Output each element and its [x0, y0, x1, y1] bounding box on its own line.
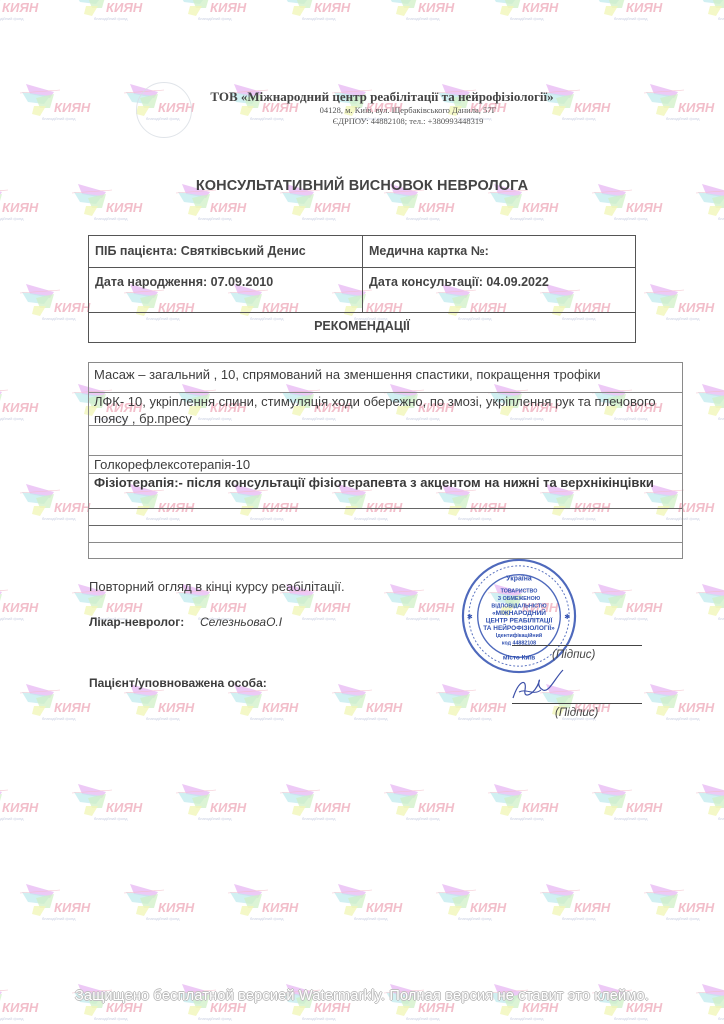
table-divider	[89, 525, 682, 526]
svg-text:«МІЖНАРОДНИЙ: «МІЖНАРОДНИЙ	[492, 608, 546, 617]
recommendation-physiotherapy: Фізіотерапія:- після консультації фізіот…	[94, 474, 676, 491]
medical-card-number: Медична картка №:	[369, 244, 489, 258]
recommendations-header: РЕКОМЕНДАЦІЇ	[89, 319, 635, 333]
recommendation-lfk: ЛФК- 10, укріплення спини, стимуляція хо…	[94, 393, 676, 427]
svg-text:ТОВАРИСТВО: ТОВАРИСТВО	[501, 588, 538, 594]
svg-text:✱: ✱	[467, 613, 473, 621]
consultation-date: Дата консультації: 04.09.2022	[369, 275, 549, 289]
doctor-label: Лікар-невролог:	[89, 615, 184, 629]
patient-signature-caption: (Підпис)	[555, 707, 598, 719]
recommendation-massage: Масаж – загальний , 10, спрямований на з…	[94, 366, 676, 383]
svg-text:З ОБМЕЖЕНОЮ: З ОБМЕЖЕНОЮ	[498, 596, 541, 602]
doctor-signature-line	[512, 645, 642, 646]
patient-info-table: ПІБ пацієнта: Святківський Денис Медична…	[88, 235, 636, 343]
patient-signature-label: Пацієнт/уповноважена особа:	[89, 676, 267, 690]
followup-note: Повторний огляд в кінці курсу реабілітац…	[89, 579, 345, 594]
svg-text:ВІДПОВІДАЛЬНІСТЮ: ВІДПОВІДАЛЬНІСТЮ	[491, 603, 547, 609]
doctor-name: СелезньоваО.І	[200, 615, 282, 629]
table-divider	[362, 236, 363, 313]
watermarkly-notice: Защищено бесплатной версией Watermarkly.…	[0, 988, 724, 1004]
handwritten-signature-icon	[505, 660, 565, 705]
recommendation-acupuncture: Голкорефлексотерапія-10	[94, 456, 676, 473]
patient-name: ПІБ пацієнта: Святківський Денис	[95, 244, 306, 258]
document-title: КОНСУЛЬТАТИВНИЙ ВИСНОВОК НЕВРОЛОГА	[0, 178, 724, 194]
patient-signature-line	[512, 703, 642, 704]
organization-name: ТОВ «Міжнародний центр реабілітації та н…	[0, 89, 724, 105]
table-divider	[89, 508, 682, 509]
svg-text:✱: ✱	[564, 613, 570, 621]
recommendations-table: Масаж – загальний , 10, спрямований на з…	[88, 362, 683, 559]
table-divider	[89, 542, 682, 543]
svg-text:ТА НЕЙРОФІЗІОЛОГІЇ»: ТА НЕЙРОФІЗІОЛОГІЇ»	[483, 623, 555, 632]
svg-text:Ідентифікаційний: Ідентифікаційний	[496, 632, 542, 639]
svg-text:ЦЕНТР РЕАБІЛІТАЦІЇ: ЦЕНТР РЕАБІЛІТАЦІЇ	[486, 616, 553, 624]
consultation-document: ТОВ «Міжнародний центр реабілітації та н…	[0, 0, 724, 1024]
birth-date: Дата народження: 07.09.2010	[95, 275, 273, 289]
organization-address: 04128, м. Київ, вул. Щербаківського Дани…	[0, 105, 724, 115]
svg-text:Україна: Україна	[506, 576, 532, 583]
organization-edrpou-phone: ЄДРПОУ: 44882108; тел.: +380993448319	[0, 116, 724, 126]
